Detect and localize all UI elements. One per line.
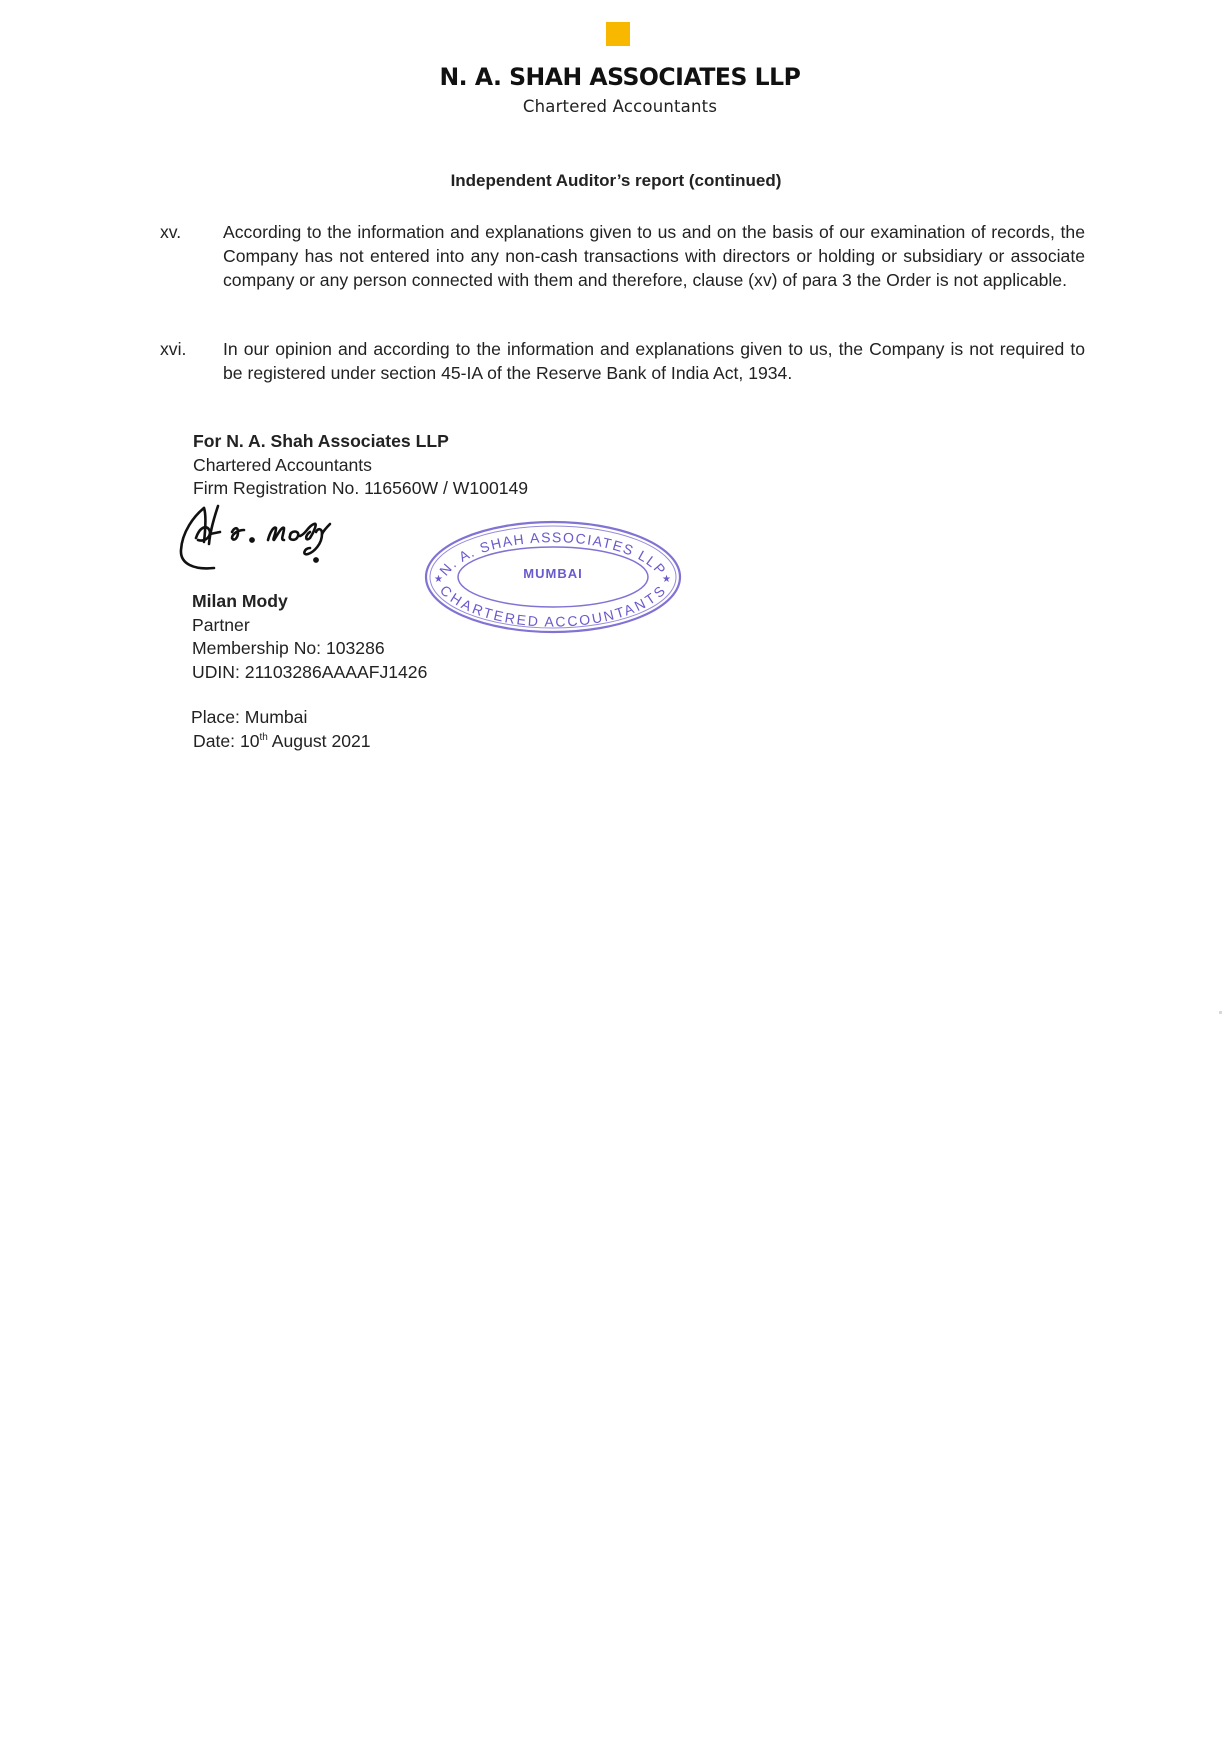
for-firm-label: For N. A. Shah Associates LLP — [193, 430, 528, 454]
udin-number: UDIN: 21103286AAAAFJ1426 — [192, 661, 427, 685]
firm-signature-block: For N. A. Shah Associates LLP Chartered … — [193, 430, 528, 501]
firm-subtitle: Chartered Accountants — [0, 97, 1232, 116]
clause-text: According to the information and explana… — [223, 220, 1085, 293]
place-date-block: Place: Mumbai Date: 10th August 2021 — [191, 705, 371, 753]
clause-xvi: xvi. In our opinion and according to the… — [160, 337, 1085, 385]
clause-number: xvi. — [160, 337, 220, 361]
partner-designation: Partner — [192, 614, 427, 638]
report-title: Independent Auditor’s report (continued) — [0, 171, 1232, 191]
svg-text:★: ★ — [434, 574, 443, 585]
handwritten-signature-icon — [176, 502, 416, 584]
partner-name: Milan Mody — [192, 590, 427, 614]
place: Place: Mumbai — [191, 705, 371, 729]
firm-logo-square — [606, 22, 630, 46]
stamp-bottom-text: CHARTERED ACCOUNTANTS — [437, 582, 669, 630]
firm-type: Chartered Accountants — [193, 454, 528, 478]
date-day: Date: 10 — [193, 731, 260, 751]
partner-details: Milan Mody Partner Membership No: 103286… — [192, 590, 427, 684]
svg-text:★: ★ — [662, 574, 671, 585]
date-month-year: August 2021 — [268, 731, 371, 751]
date-ordinal: th — [260, 732, 268, 743]
clause-text: In our opinion and according to the info… — [223, 337, 1085, 385]
date: Date: 10th August 2021 — [191, 729, 371, 753]
firm-registration: Firm Registration No. 116560W / W100149 — [193, 477, 528, 501]
company-seal-stamp-icon: N. A. SHAH ASSOCIATES LLP CHARTERED ACCO… — [422, 518, 684, 636]
scan-artifact — [1219, 1011, 1222, 1014]
clause-xv: xv. According to the information and exp… — [160, 220, 1085, 293]
clause-number: xv. — [160, 220, 220, 244]
svg-text:CHARTERED ACCOUNTANTS: CHARTERED ACCOUNTANTS — [437, 582, 669, 630]
firm-name: N. A. SHAH ASSOCIATES LLP — [12, 63, 1219, 91]
stamp-center-text: MUMBAI — [523, 566, 582, 581]
membership-number: Membership No: 103286 — [192, 637, 427, 661]
